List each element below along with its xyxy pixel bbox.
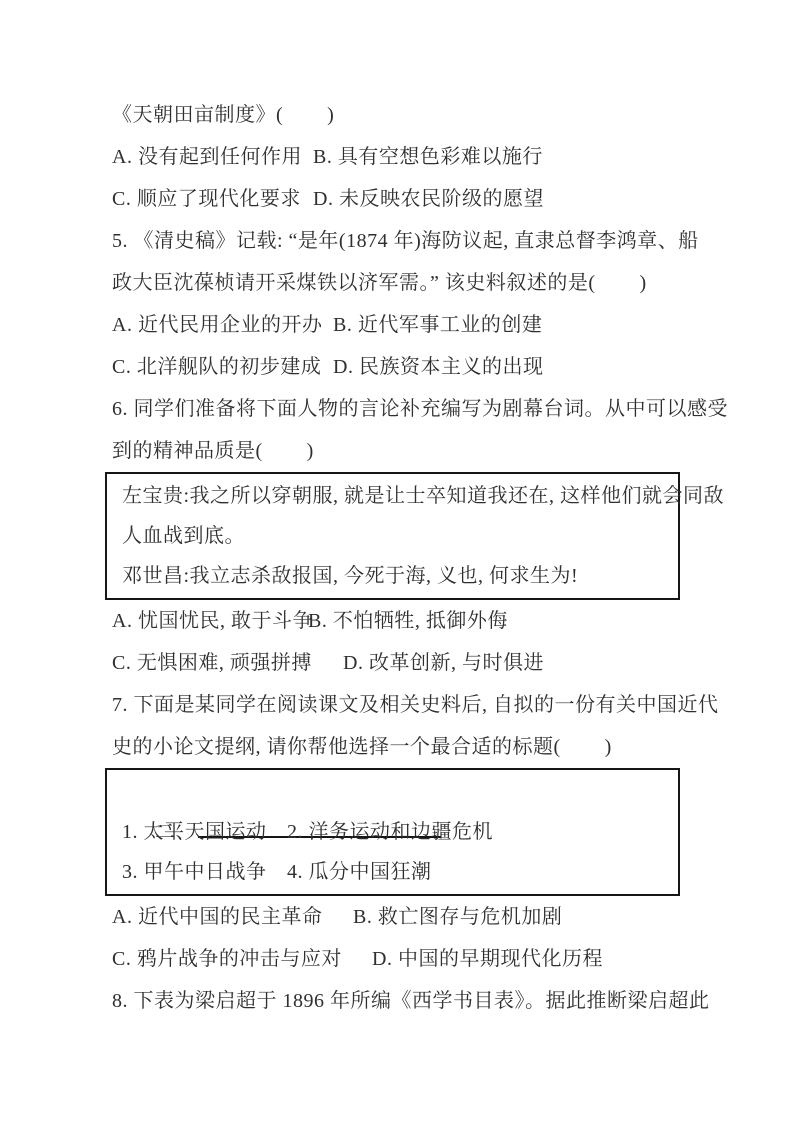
q6-options-cd: C. 无惧困难, 顽强拼搏 D. 改革创新, 与时俱进: [112, 642, 688, 684]
q7-option-c: C. 鸦片战争的冲击与应对: [112, 938, 372, 980]
q7-outline-heading: 二、: [122, 772, 668, 812]
q7-stem-line1: 7. 下面是某同学在阅读课文及相关史料后, 自拟的一份有关中国近代: [112, 684, 688, 726]
q4-stem: 《天朝田亩制度》( ): [112, 94, 688, 136]
q6-options-ab: A. 忧国忧民, 敢于斗争 B. 不怕牺牲, 抵御外侮: [112, 600, 688, 642]
q7-options-cd: C. 鸦片战争的冲击与应对 D. 中国的早期现代化历程: [112, 938, 688, 980]
q5-options-ab: A. 近代民用企业的开办 B. 近代军事工业的创建: [112, 304, 688, 346]
q6-option-c: C. 无惧困难, 顽强拼搏: [112, 642, 343, 684]
q8-stem-line1: 8. 下表为梁启超于 1896 年所编《西学书目表》。据此推断梁启超此: [112, 980, 688, 1022]
q6-stem-line1: 6. 同学们准备将下面人物的言论补充编写为剧幕台词。从中可以感受: [112, 388, 688, 430]
q5-option-a: A. 近代民用企业的开办: [112, 304, 333, 346]
q6-dialog-line1: 左宝贵:我之所以穿朝服, 就是让士卒知道我还在, 这样他们就会同敌: [122, 476, 668, 516]
q7-option-a: A. 近代中国的民主革命: [112, 896, 353, 938]
q5-stem-line1: 5. 《清史稿》记载: “是年(1874 年)海防议起, 直隶总督李鸿章、船: [112, 220, 688, 262]
q6-dialog-box: 左宝贵:我之所以穿朝服, 就是让士卒知道我还在, 这样他们就会同敌 人血战到底。…: [105, 472, 680, 600]
q6-dialog-line3: 邓世昌:我立志杀敌报国, 今死于海, 义也, 何求生为!: [122, 556, 668, 596]
q4-option-c: C. 顺应了现代化要求: [112, 178, 313, 220]
q4-options-ab: A. 没有起到任何作用 B. 具有空想色彩难以施行: [112, 136, 688, 178]
q7-outline-box: 二、 1. 太平天国运动 2. 洋务运动和边疆危机 3. 甲午中日战争 4. 瓜…: [105, 768, 680, 896]
q7-outline-item2: 2. 洋务运动和边疆危机: [287, 812, 493, 852]
q7-outline-item3: 3. 甲午中日战争: [122, 852, 287, 892]
q5-option-b: B. 近代军事工业的创建: [333, 304, 542, 346]
q6-option-b: B. 不怕牺牲, 抵御外侮: [308, 600, 508, 642]
q6-option-a: A. 忧国忧民, 敢于斗争: [112, 600, 308, 642]
q6-option-d: D. 改革创新, 与时俱进: [343, 642, 544, 684]
q4-option-d: D. 未反映农民阶级的愿望: [313, 178, 544, 220]
q5-option-d: D. 民族资本主义的出现: [333, 346, 543, 388]
q6-dialog-line2: 人血战到底。: [122, 516, 668, 556]
q7-outline-item4: 4. 瓜分中国狂潮: [287, 852, 432, 892]
q5-stem-line2: 政大臣沈葆桢请开采煤铁以济军需。” 该史料叙述的是( ): [112, 262, 688, 304]
q4-option-b: B. 具有空想色彩难以施行: [313, 136, 543, 178]
q4-options-cd: C. 顺应了现代化要求 D. 未反映农民阶级的愿望: [112, 178, 688, 220]
q7-stem-line2: 史的小论文提纲, 请你帮他选择一个最合适的标题( ): [112, 726, 688, 768]
q6-stem-line2: 到的精神品质是( ): [112, 430, 688, 472]
q7-outline-row2: 3. 甲午中日战争 4. 瓜分中国狂潮: [122, 852, 668, 892]
q7-option-b: B. 救亡图存与危机加剧: [353, 896, 562, 938]
q5-options-cd: C. 北洋舰队的初步建成 D. 民族资本主义的出现: [112, 346, 688, 388]
q7-options-ab: A. 近代中国的民主革命 B. 救亡图存与危机加剧: [112, 896, 688, 938]
q4-option-a: A. 没有起到任何作用: [112, 136, 313, 178]
q5-option-c: C. 北洋舰队的初步建成: [112, 346, 333, 388]
q7-option-d: D. 中国的早期现代化历程: [372, 938, 603, 980]
q7-outline-row1: 1. 太平天国运动 2. 洋务运动和边疆危机: [122, 812, 668, 852]
q7-outline-item1: 1. 太平天国运动: [122, 812, 287, 852]
exam-page: 《天朝田亩制度》( ) A. 没有起到任何作用 B. 具有空想色彩难以施行 C.…: [0, 0, 793, 1122]
